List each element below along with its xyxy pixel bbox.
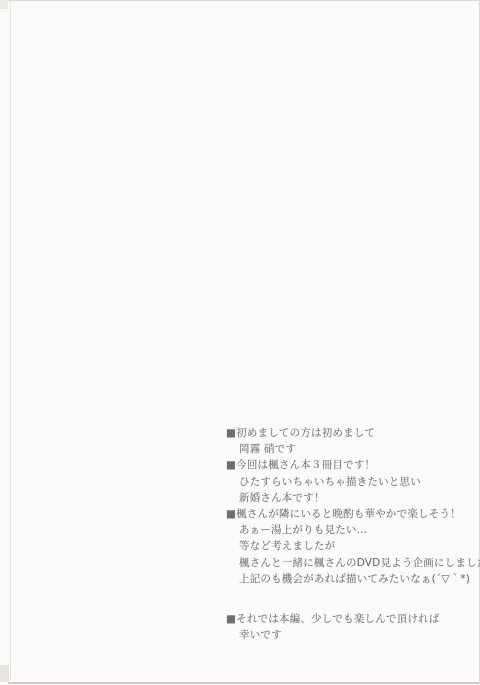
afterword-line: ■それでは本編、少しでも楽しんで頂ければ [226,611,480,627]
afterword-line: 楓さんと一緒に楓さんのDVD見よう企画にしました [239,555,480,571]
afterword-line: ■今回は楓さん本３冊目です！ [226,457,480,473]
scan-smudge-top-left [0,0,8,9]
scan-edge-bottom [8,682,480,684]
afterword-line: ひたすらいちゃいちゃ描きたいと思い [239,474,480,490]
scan-edge-top [0,0,480,1]
afterword-line: 新婚さん本です！ [239,490,480,506]
scan-fold-line [10,0,11,685]
afterword-line: ■楓さんが隣にいると晩酌も華やかで楽しそう！ [226,506,480,522]
afterword-page: ■初めましての方は初めまして 岡霧 硝です ■今回は楓さん本３冊目です！ ひたす… [0,0,480,685]
scan-smudge-bottom-left [0,665,9,682]
afterword-line: あぁー湯上がりも見たい… [239,522,480,538]
afterword-line: 上記のも機会があれば描いてみたいなぁ(´▽｀*) [239,571,480,587]
afterword-line: 岡霧 硝です [239,441,480,457]
afterword-text-block: ■初めましての方は初めまして 岡霧 硝です ■今回は楓さん本３冊目です！ ひたす… [226,425,480,643]
afterword-line: 幸いです [239,627,480,643]
afterword-line: ■初めましての方は初めまして [226,425,480,441]
afterword-line: 等など考えましたが [239,538,480,554]
